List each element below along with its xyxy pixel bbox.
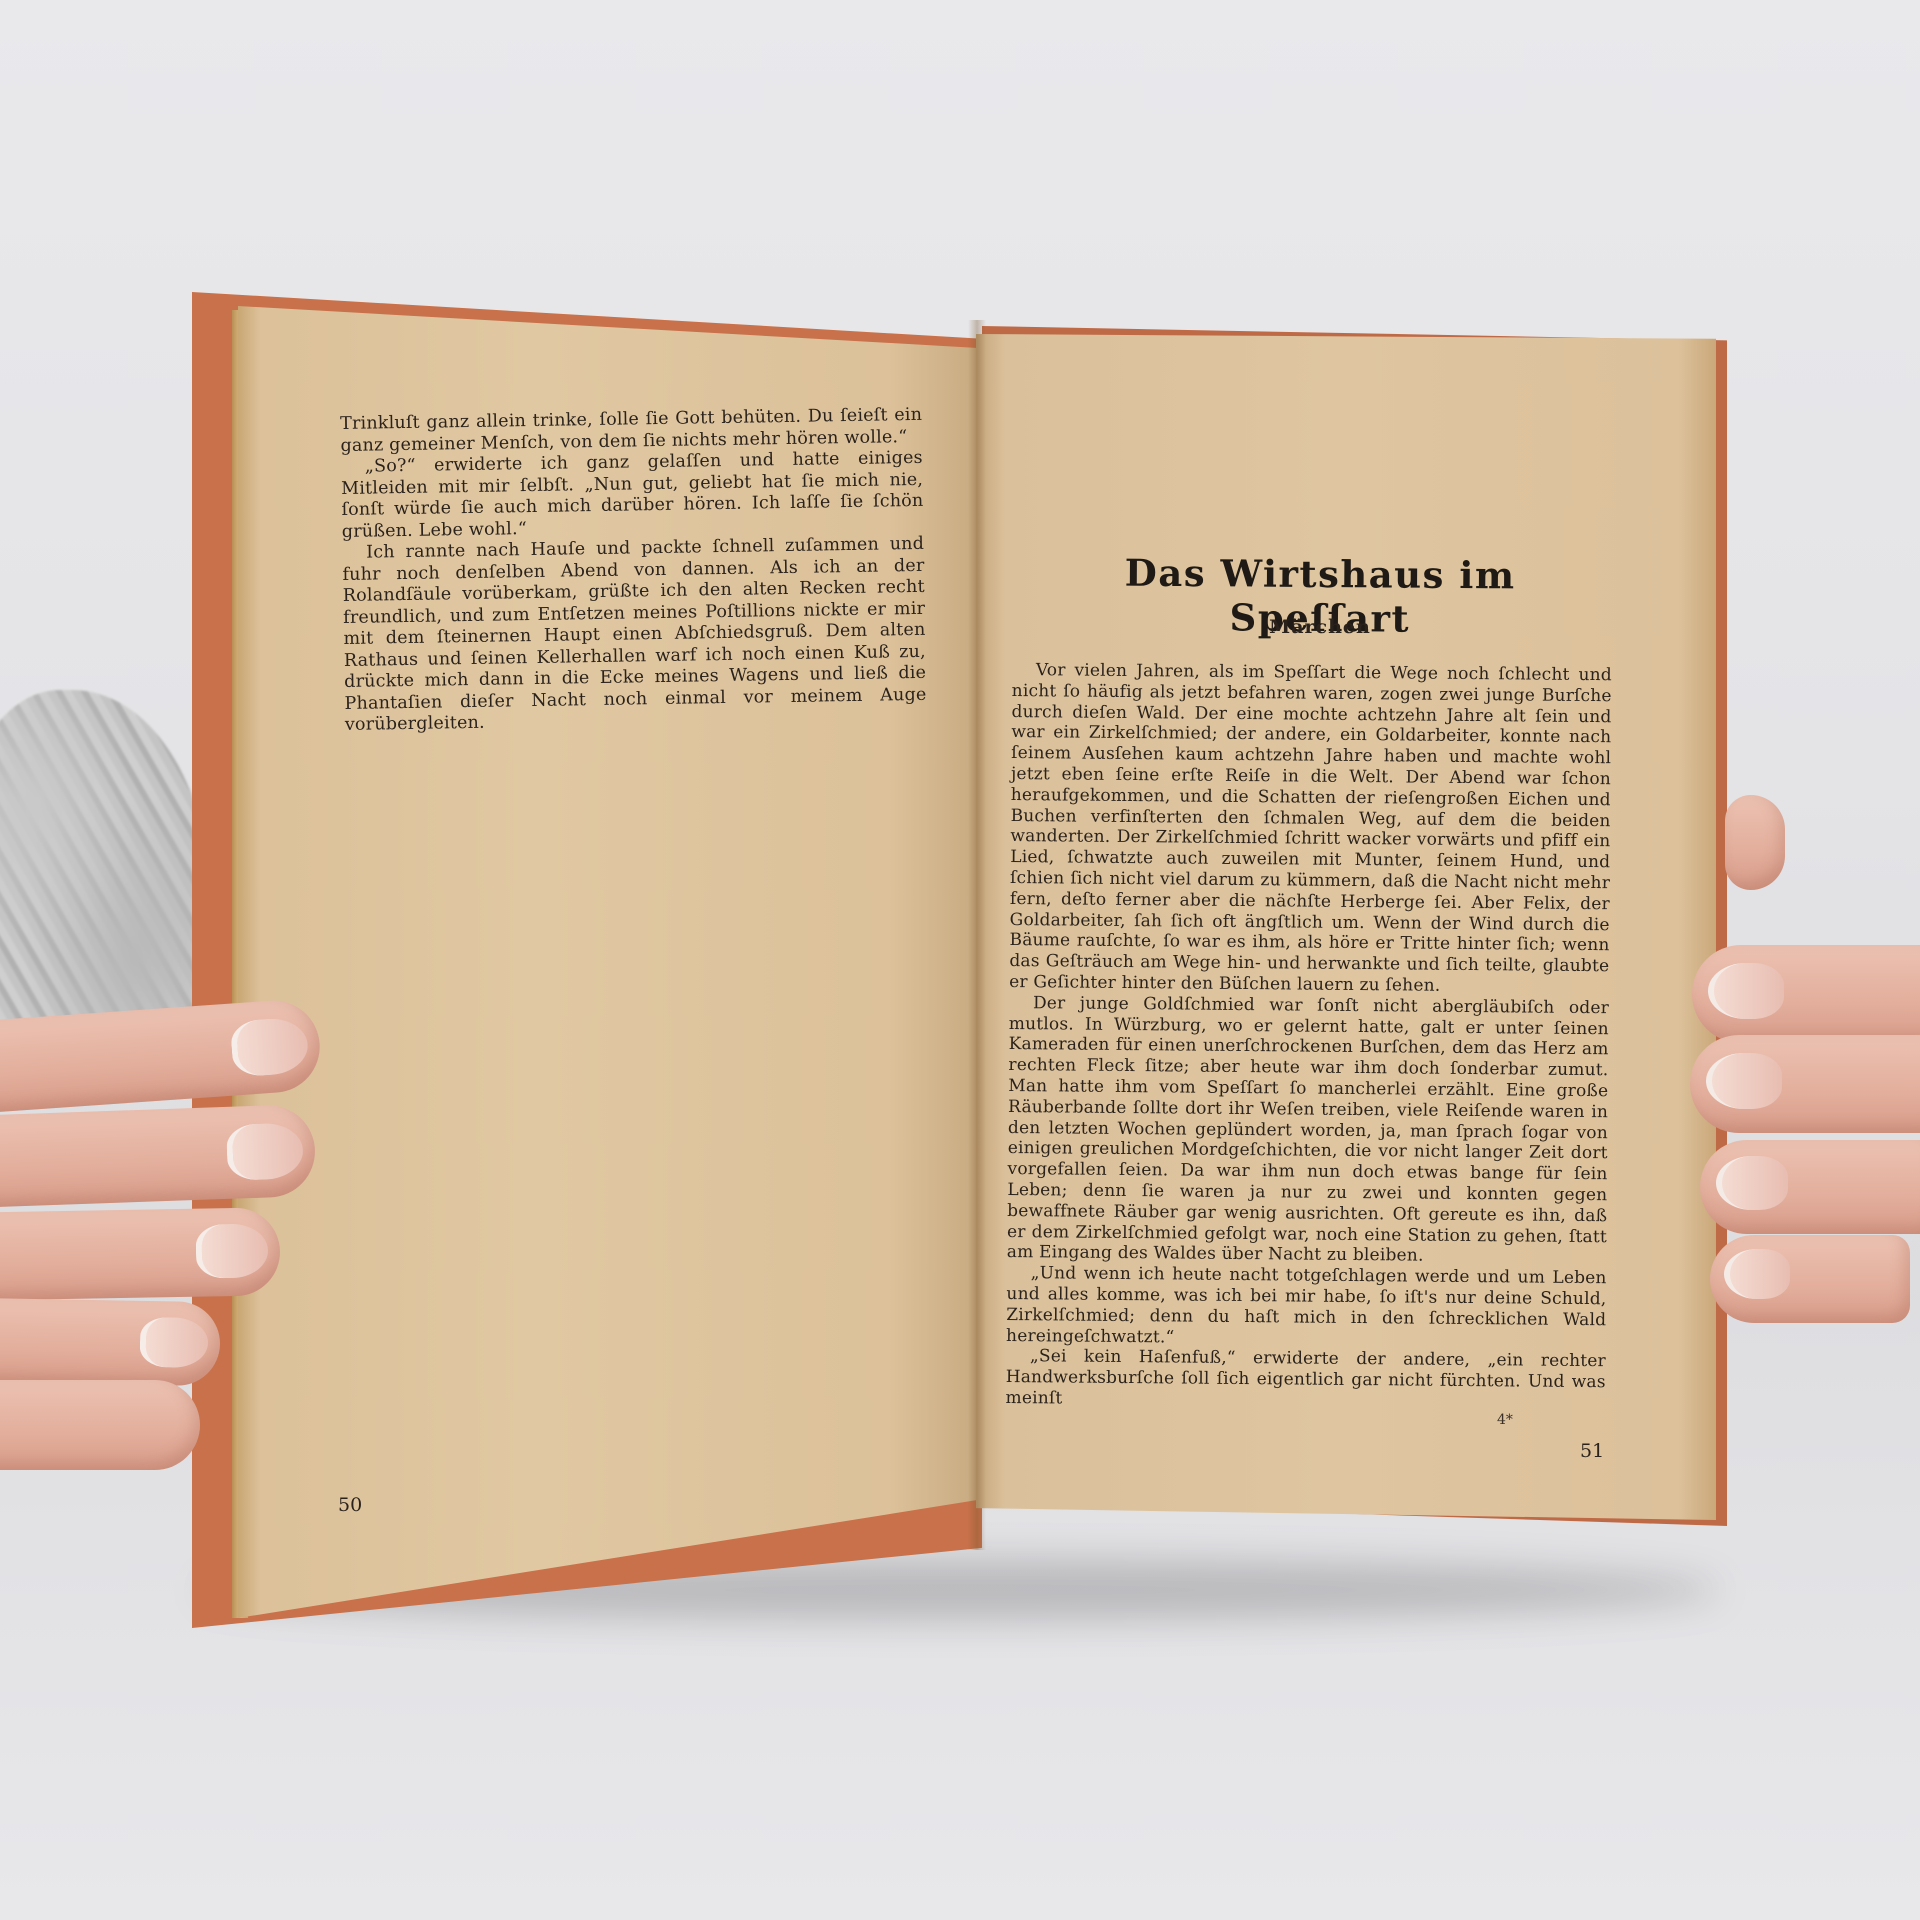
left-finger — [0, 1298, 221, 1387]
right-thumb — [1725, 795, 1785, 890]
paragraph: Der junge Goldſchmied war ſonſt nicht ab… — [1007, 993, 1609, 1269]
paragraph: „Und wenn ich heute nacht totgeſchlagen … — [1006, 1263, 1607, 1351]
right-finger — [1692, 945, 1920, 1043]
paragraph: „So?“ erwiderte ich ganz gelaſſen und ha… — [341, 448, 924, 543]
left-finger — [0, 1207, 281, 1301]
left-page-text: Trinkluſt ganz allein trinke, ſolle ſie … — [340, 405, 927, 737]
fingernail — [1708, 963, 1784, 1019]
right-finger — [1700, 1140, 1920, 1234]
paragraph: Ich rannte nach Hauſe und packte ſchnell… — [342, 534, 927, 737]
page-number-right: 51 — [1580, 1440, 1604, 1462]
left-finger — [0, 1104, 316, 1208]
paragraph: Vor vielen Jahren, als im Speſſart die W… — [1009, 660, 1612, 998]
fingernail — [1706, 1053, 1782, 1109]
fingernail — [1716, 1156, 1788, 1210]
book-gutter — [968, 320, 986, 1550]
fingernail — [1724, 1249, 1790, 1299]
printer-signature-mark: 4* — [1497, 1412, 1513, 1428]
right-page-text: Vor vielen Jahren, als im Speſſart die W… — [1005, 660, 1612, 1414]
fingernail — [230, 1016, 310, 1077]
fingernail — [140, 1317, 209, 1368]
fingernail — [226, 1122, 304, 1181]
right-finger — [1710, 1235, 1910, 1323]
left-palm — [0, 1380, 200, 1470]
fingernail — [195, 1223, 268, 1278]
right-finger — [1690, 1035, 1920, 1133]
chapter-subtitle: Märchen — [1040, 616, 1600, 638]
page-number-left: 50 — [338, 1494, 362, 1516]
paragraph: „Sei kein Haſenfuß,“ erwiderte der ander… — [1005, 1346, 1606, 1414]
